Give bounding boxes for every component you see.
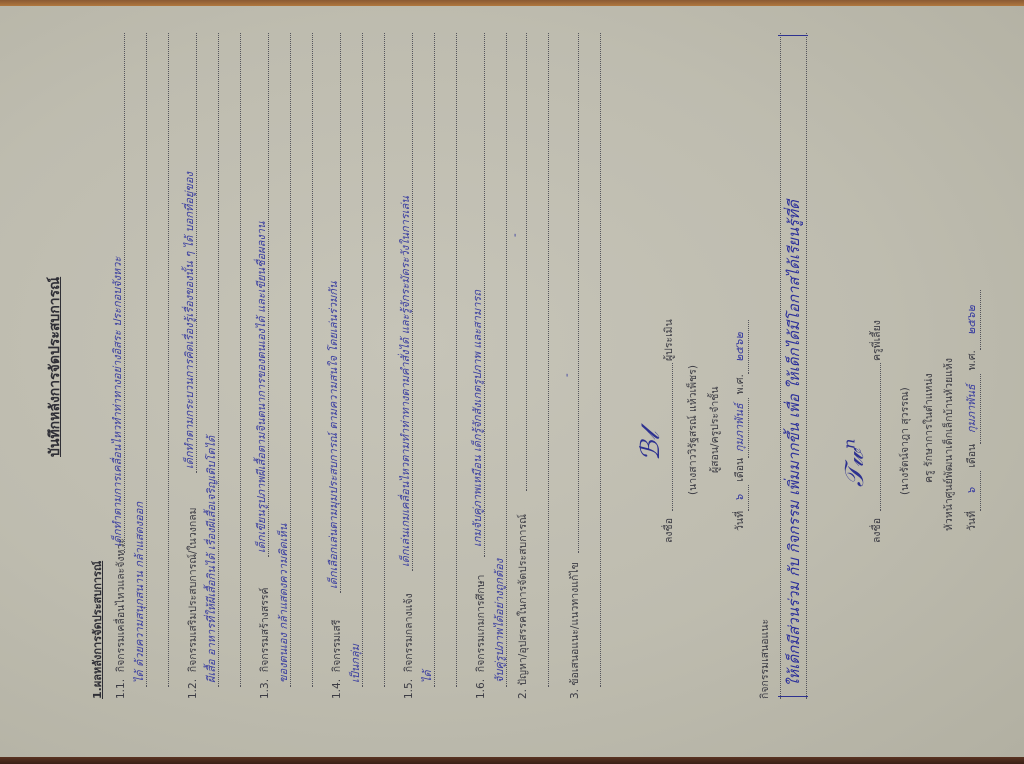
- dotted-line: [168, 33, 169, 687]
- dotted-line: [526, 33, 527, 491]
- item-1-3-label: 1.3. กิจกรรมสร้างสรรค์: [256, 587, 273, 699]
- item-1-6-answer-line1: เกมจับคู่ภาพเหมือน เด็กรู้จักสังเกตรูปภา…: [468, 290, 486, 547]
- supervisor-position-line1: ครู รักษาการในตำแหน่ง: [920, 373, 937, 483]
- item-1-2-answer-line2: ผีเสื้อ อาหารที่ให้ผีเสื้อกินได้ เรื่องผ…: [202, 436, 220, 683]
- evaluator-position: ผู้สอน/ครูประจำชั้น: [706, 386, 723, 473]
- signature-line: [880, 363, 881, 511]
- item-1-1-label: 1.1. กิจกรรมเคลื่อนไหวและจังหวะ: [112, 538, 129, 699]
- suggested-activity-text: ให้เด็กมีส่วนร่วม กับ กิจกรรม เพิ่มมากขึ…: [782, 200, 806, 687]
- document-page: บันทึกหลังการจัดประสบการณ์ 1.ผลหลังการจั…: [0, 6, 1024, 757]
- item-1-5-answer-line2: ได้: [418, 670, 436, 683]
- dotted-line: [312, 33, 313, 687]
- item-1-6-answer-line2: จับคู่รูปภาพได้อย่างถูกต้อง: [490, 559, 508, 683]
- item-1-3-answer-line2: ของตนเอง กล้าแสดงความคิดเห็น: [274, 524, 292, 683]
- dotted-line: [600, 33, 601, 687]
- dotted-line: [240, 33, 241, 687]
- suggested-activity-label: กิจกรรมเสนอแนะ: [756, 619, 773, 699]
- dotted-line: [362, 33, 363, 687]
- item-1-2-answer-line1: เด็กทำตามกระบวนการคิดเรื่องรู้เรื่องของน…: [180, 172, 198, 469]
- dotted-line: [434, 33, 435, 687]
- dotted-line: [548, 33, 549, 687]
- evaluator-date: วันที่๖ เดือนกุมภาพันธ์ พ.ศ.๒๕๖๒: [730, 320, 749, 531]
- item-1-4-answer-line2: เป็นกลุ่ม: [346, 644, 364, 683]
- dotted-line: [384, 33, 385, 687]
- section-3-answer: -: [560, 373, 573, 377]
- paper-sheet: บันทึกหลังการจัดประสบการณ์ 1.ผลหลังการจั…: [0, 6, 1024, 757]
- evaluator-role: ผู้ประเมิน: [660, 319, 677, 361]
- item-1-1-answer-line1: เด็กทำตามการเคลื่อนไหวทำท่าทางอย่างอิสระ…: [108, 257, 126, 547]
- item-1-3-answer-line1: เด็กเขียนรูปภาพผีเสื้อตามจินตนาการของตนเ…: [252, 222, 270, 553]
- supervisor-role: ครูพี่เลี้ยง: [868, 320, 885, 361]
- item-1-4-answer-line1: เด็กเลือกเล่นตามมุมประสบการณ์ ตามความสนใ…: [324, 282, 342, 589]
- signature-line: [672, 363, 673, 511]
- page-title: บันทึกหลังการจัดประสบการณ์: [44, 277, 66, 457]
- section-1-heading: 1.ผลหลังการจัดประสบการณ์: [88, 561, 106, 699]
- evaluator-name: (นางสาววิรัฐสรณ์ แห้วเพ็ชร): [684, 365, 701, 495]
- item-1-2-label: 1.2. กิจกรรมเสริมประสบการณ์/ในวงกลม: [184, 507, 201, 699]
- supervisor-position-line2: หัวหน้าศูนย์พัฒนาเด็กเล็กบ้านหัวยแห้ง: [940, 358, 957, 531]
- evaluator-signature: ℬ𝓁: [636, 432, 667, 461]
- supervisor-signature: 𝒯𝓌ⁿ: [840, 439, 871, 487]
- item-1-5-label: 1.5. กิจกรรมกลางแจ้ง: [400, 593, 417, 699]
- supervisor-date: วันที่๖ เดือนกุมภาพันธ์ พ.ศ.๒๕๖๒: [962, 290, 981, 531]
- wooden-table-edge-bottom: [0, 757, 1024, 764]
- evaluator-sign-label: ลงชื่อ: [660, 518, 677, 543]
- section-3-label: 3. ข้อเสนอแนะ/แนวทางแก้ไข: [566, 562, 583, 699]
- section-2-label: 2. ปัญหา/อุปสรรคในการจัดประสบการณ์: [514, 514, 531, 699]
- dotted-line: [578, 33, 579, 553]
- item-1-6-label: 1.6. กิจกรรมเกมการศึกษา: [472, 575, 489, 699]
- supervisor-name: (นางรัตน์จาฎา สุวรรณ): [896, 387, 913, 495]
- item-1-5-answer-line1: เด็กเล่นเกมเคลื่อนไหวตามทำท่าทางตามคำสั่…: [396, 196, 414, 567]
- item-1-1-answer-line2: ได้ ด้วยความสนุกสนาน กล้าแสดงออก: [130, 502, 148, 683]
- item-1-4-label: 1.4. กิจกรรมเสรี: [328, 620, 345, 699]
- section-2-answer: -: [508, 233, 521, 237]
- dotted-line: [456, 33, 457, 687]
- supervisor-sign-label: ลงชื่อ: [868, 518, 885, 543]
